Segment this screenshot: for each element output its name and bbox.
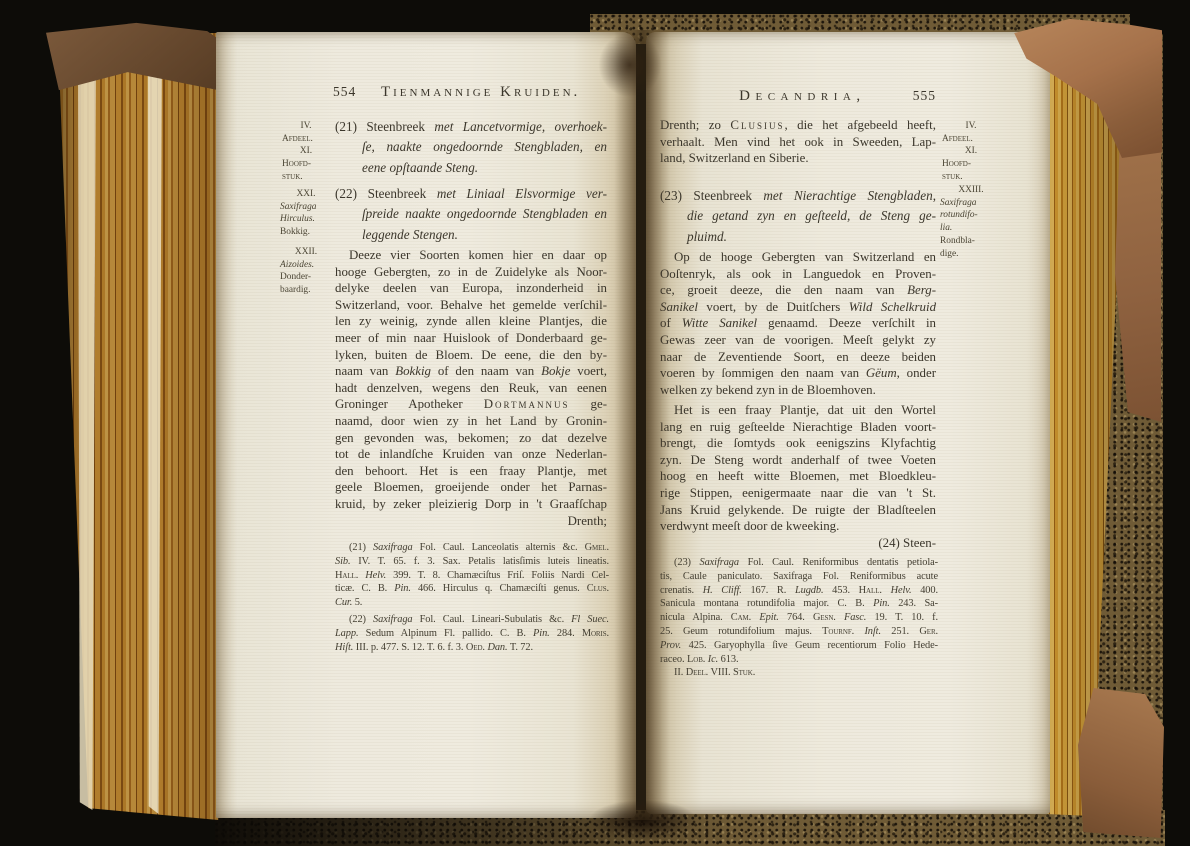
text-line: tot de inlandſche Kruiden van onze Neder… <box>335 446 607 463</box>
text-segment: Saxifraga <box>699 557 739 568</box>
text-line: Drenth; zo Clusius, die het afgebeeld he… <box>660 117 936 134</box>
text-segment: Pin. <box>533 628 550 639</box>
text-line: Deeze vier Soorten komen hier en daar op <box>335 247 607 264</box>
text-segment: 167. R. <box>742 585 795 596</box>
text-segment: , <box>933 188 936 203</box>
text-segment: IV. T. 65. f. 3. Sax. Petalis latisſimis… <box>350 556 609 567</box>
text-segment: Fasc. <box>844 612 866 623</box>
text-line: Switzerland, voor. Behalve het gemelde v… <box>335 297 607 314</box>
text-line: ce, groeit deeze, die den naam van Berg- <box>660 282 936 299</box>
text-segment: 764. <box>779 612 813 623</box>
text-segment: Bokkig. <box>280 227 310 237</box>
text-segment: Ooſtenryk, als ook in Languedok en Prove… <box>660 267 936 281</box>
text-segment: tis, Caule paniculato. Saxifraga Fol. Re… <box>660 571 938 582</box>
text-line: Hirculus. <box>280 213 332 226</box>
text-line: Ooſtenryk, als ook in Languedok en Prove… <box>660 266 936 283</box>
text-segment: (23) <box>674 557 699 568</box>
text-line: die getand zyn en geſteeld, de Steng ge- <box>660 206 936 226</box>
text-line: Sanikel voert, by de Duitſchers Wild Sch… <box>660 299 936 316</box>
text-segment: Epit. <box>759 612 778 623</box>
text-line: lang en ruig geſteelde Nierachtige Blade… <box>660 419 936 436</box>
text-segment: Gewas zeer van de voorigen. Meeſt gelykt… <box>660 333 936 347</box>
text-line: XXIII. <box>940 184 1002 197</box>
right-page-continuation-paragraph: Drenth; zo Clusius, die het afgebeeld he… <box>660 117 936 167</box>
footnote-23: (23) Saxifraga Fol. Caul. Reniformibus d… <box>660 556 938 666</box>
text-segment: , onder <box>897 366 936 380</box>
text-segment: ticæ. C. B. <box>335 583 394 594</box>
text-segment: XI. <box>965 146 977 156</box>
text-segment: Dortmannus <box>484 397 570 411</box>
text-segment: hooge Gebergten, zo in de Zuidelyke als … <box>335 265 607 279</box>
text-line: Jans Kruid gelykende. De ruigte der Blad… <box>660 502 936 519</box>
text-line: delyke deelen van Europa, inzonderheid i… <box>335 280 607 297</box>
text-line: meer of min naar Huislook of Donderbaard… <box>335 330 607 347</box>
text-segment: Afdeel. <box>942 134 973 144</box>
text-line: (21) Saxifraga Fol. Caul. Lanceolatis al… <box>335 541 609 555</box>
text-line: crenatis. H. Cliff. 167. R. Lugdb. 453. … <box>660 584 938 598</box>
text-line: Drenth; <box>335 513 607 530</box>
text-line: XXII. <box>280 246 332 259</box>
text-segment: Fol. Caul. Lanceolatis alternis &c. <box>413 542 585 553</box>
text-line: Rondbla- <box>940 235 1002 248</box>
text-segment: ce, groeit deeze, die den naam van <box>660 283 907 297</box>
text-line: Donder- <box>280 271 332 284</box>
text-segment: Drenth; zo <box>660 118 730 132</box>
text-segment: naam van <box>335 364 395 378</box>
text-line: Hoofd- <box>282 158 330 171</box>
text-line: of Witte Sanikel genaamd. Deeze verſchil… <box>660 315 936 332</box>
text-segment: voeren by ſommigen den naam van <box>660 366 866 380</box>
text-line: Gewas zeer van de voorigen. Meeſt gelykt… <box>660 332 936 349</box>
left-page-number: 554 <box>333 84 356 100</box>
text-segment: XXII. <box>295 247 317 257</box>
text-segment: 251. <box>881 626 919 637</box>
species-21-heading: (21) Steenbreek met Lancetvormige, overh… <box>335 117 607 178</box>
text-segment: Helv. <box>891 585 912 596</box>
text-segment: Ic. <box>708 654 718 665</box>
text-segment: tot de inlandſche Kruiden van onze Neder… <box>335 447 607 461</box>
text-line: rotundifo- <box>940 209 1002 222</box>
text-segment: met Lancetvormige, overhoek- <box>434 119 607 134</box>
text-line: raceo. Lob. Ic. 613. <box>660 653 938 667</box>
gutter-bottom-shadow <box>568 792 718 846</box>
left-page-header: 554 Tienmannige Kruiden. <box>333 84 605 101</box>
text-segment: met Liniaal Elsvormige ver- <box>437 186 607 201</box>
text-line: 25. Geum rotundifolium majus. Tournf. In… <box>660 625 938 639</box>
text-segment: lyken, buiten de Bloem. De eene, die den… <box>335 348 607 362</box>
text-segment: III. p. 477. S. 12. T. 6. f. 3. <box>353 642 466 653</box>
left-margin-species-22-note: XXII.Aizoides.Donder-baardig. <box>280 246 332 297</box>
text-line: Cur. 5. <box>335 596 609 610</box>
text-line: II. Deel. VIII. Stuk. <box>660 666 938 680</box>
text-line: IV. <box>942 120 1000 133</box>
text-line: verdwynt meeſt door de kweeking. <box>660 518 936 535</box>
text-segment: 19. T. 10. f. <box>866 612 938 623</box>
text-segment: stuk. <box>942 172 963 182</box>
text-segment: 399. T. 8. Chamæciſtus Friſ. Foliis Nard… <box>386 570 609 581</box>
text-segment: Dan. <box>487 642 507 653</box>
text-segment: T. 72. <box>508 642 533 653</box>
text-segment: Donder- <box>280 272 311 282</box>
text-line: brengt, die ſomtyds ook eenigszins Klyfa… <box>660 435 936 452</box>
text-segment: verdwynt meeſt door de kweeking. <box>660 519 839 533</box>
text-segment: 453. <box>824 585 859 596</box>
text-line: Afdeel. <box>942 133 1000 146</box>
text-segment: Bokje <box>541 364 570 378</box>
text-segment: II. <box>674 667 686 678</box>
text-line: Saxifraga <box>280 201 332 214</box>
text-line: hadt denzelven, wegens den Reuk, van een… <box>335 380 607 397</box>
text-line: Hall. Helv. 399. T. 8. Chamæciſtus Friſ.… <box>335 569 609 583</box>
text-segment: IV. <box>300 121 311 131</box>
text-segment: 613. <box>718 654 738 665</box>
text-line: kruid, by zeker pleizierig Dorp in 't Gr… <box>335 496 607 513</box>
text-segment: Lapp. <box>335 628 358 639</box>
text-segment: Rondbla- <box>940 236 975 246</box>
right-running-title: Decandria, <box>692 88 913 105</box>
text-segment: leggende Stengen. <box>362 227 458 242</box>
text-segment: Fol. Caul. Reniformibus dentatis petiola… <box>739 557 938 568</box>
text-segment: naamd, door wien zy in het Land by Groni… <box>335 414 607 428</box>
left-page-body-paragraph: Deeze vier Soorten komen hier en daar op… <box>335 247 607 529</box>
text-segment: lia. <box>940 223 952 233</box>
text-segment: welken zy bekend zyn in de Bloemhoven. <box>660 383 876 397</box>
text-segment: Cur. <box>335 597 352 608</box>
text-segment: land, Switzerland en Siberie. <box>660 151 809 165</box>
text-segment: IV. <box>965 121 976 131</box>
text-line: Sanicula montana rotundifolia major. C. … <box>660 597 938 611</box>
text-segment: ge- <box>570 397 607 411</box>
text-segment: Wild Schelkruid <box>849 300 936 314</box>
text-segment: Witte Sanikel <box>682 316 757 330</box>
text-segment: (21) Steenbreek <box>335 119 434 134</box>
text-segment: voert, <box>570 364 607 378</box>
text-segment: crenatis. <box>660 585 703 596</box>
text-segment: Lugdb. <box>795 585 824 596</box>
right-page-number: 555 <box>913 88 936 104</box>
text-line: Prov. 425. Garyophylla ſive Geum recenti… <box>660 639 938 653</box>
text-segment: H. Cliff. <box>703 585 742 596</box>
text-line: geele Bloemen, groeijende onder het Parn… <box>335 479 607 496</box>
right-margin-chapter-note: IV.Afdeel.XI.Hoofd-stuk. <box>942 120 1000 184</box>
text-segment: Gëum <box>866 366 897 380</box>
text-line: Het is een fraay Plantje, dat uit den Wo… <box>660 402 936 419</box>
text-segment: pluimd. <box>687 229 727 244</box>
text-line: XI. <box>282 145 330 158</box>
text-segment: Berg- <box>907 283 936 297</box>
text-segment: 243. Sa- <box>890 598 938 609</box>
text-line: naam van Bokkig of den naam van Bokje vo… <box>335 363 607 380</box>
text-segment: verhaalt. Men vind het ook in Sweeden, L… <box>660 135 936 149</box>
text-segment: (23) Steenbreek <box>660 188 763 203</box>
text-line: Lapp. Sedum Alpinum Fl. pallido. C. B. P… <box>335 627 609 641</box>
text-segment: Drenth; <box>568 514 607 528</box>
text-line: hoog en heeft witte Bloemen, met Bloedkl… <box>660 468 936 485</box>
text-line: stuk. <box>282 171 330 184</box>
text-segment: Clusius <box>730 118 784 132</box>
text-line: Aizoides. <box>280 259 332 272</box>
right-page-paragraph-description: Het is een fraay Plantje, dat uit den Wo… <box>660 402 936 551</box>
text-segment: XXI. <box>296 189 315 199</box>
footnote-21: (21) Saxifraga Fol. Caul. Lanceolatis al… <box>335 541 609 610</box>
text-line: dige. <box>940 248 1002 261</box>
text-line: Hoofd- <box>942 158 1000 171</box>
left-margin-chapter-note: IV.Afdeel.XI.Hoofd-stuk. <box>282 120 330 184</box>
text-segment: Deel. <box>686 667 708 678</box>
text-segment: Ger. <box>919 626 938 637</box>
text-segment: Prov. <box>660 640 681 651</box>
text-segment: Saxifraga <box>373 542 413 553</box>
text-segment: Sib. <box>335 556 350 567</box>
text-segment: hoog en heeft witte Bloemen, met Bloedkl… <box>660 469 936 483</box>
book-photograph: 554 Tienmannige Kruiden. IV.Afdeel.XI.Ho… <box>0 0 1190 846</box>
text-segment: stuk. <box>282 172 303 182</box>
text-line: naamd, door wien zy in het Land by Groni… <box>335 413 607 430</box>
text-segment: Afdeel. <box>282 134 313 144</box>
text-segment: Moris. <box>582 628 609 639</box>
text-line: baardig. <box>280 284 332 297</box>
text-line: gen gevonden was, bekomen; zo dat dezelv… <box>335 430 607 447</box>
text-segment: naar de Zeventiende Soort, en deeze beid… <box>660 350 936 364</box>
text-line: leggende Stengen. <box>335 225 607 245</box>
right-page-header: Decandria, 555 <box>662 88 936 105</box>
text-segment: zyn. De Steng wordt anderhalf of twee Vo… <box>660 453 936 467</box>
text-segment: Stuk. <box>733 667 755 678</box>
text-line: den behoort. Het is een fraay Plantje, m… <box>335 463 607 480</box>
text-line: ſe, naakte ongedoornde Stengbladen, en <box>335 137 607 157</box>
text-segment: raceo. <box>660 654 687 665</box>
text-segment: XI. <box>300 146 312 156</box>
text-segment: (21) <box>349 542 373 553</box>
text-segment: Saxifraga <box>373 614 413 625</box>
text-line: ſpreide naakte ongedoornde Stengbladen e… <box>335 204 607 224</box>
text-line: naar de Zeventiende Soort, en deeze beid… <box>660 349 936 366</box>
text-segment: ſe, naakte ongedoornde Stengbladen, en <box>362 139 607 154</box>
text-segment: voert, by de Duitſchers <box>698 300 849 314</box>
text-segment: Sanicula montana rotundifolia major. C. … <box>660 598 873 609</box>
text-segment: (24) Steen- <box>878 536 936 550</box>
text-line: Bokkig. <box>280 226 332 239</box>
text-line: (22) Steenbreek met Liniaal Elsvormige v… <box>335 184 607 204</box>
text-line: (21) Steenbreek met Lancetvormige, overh… <box>335 117 607 137</box>
text-line: voeren by ſommigen den naam van Gëum, on… <box>660 365 936 382</box>
left-margin-species-21-note: XXI.SaxifragaHirculus.Bokkig. <box>280 188 332 239</box>
text-line: hooge Gebergten, zo in de Zuidelyke als … <box>335 264 607 281</box>
text-segment: 425. Garyophylla ſive Geum recentiorum F… <box>681 640 938 651</box>
text-segment: Switzerland, voor. Behalve het gemelde v… <box>335 298 607 312</box>
text-line: rige Stippen, eenigermaate naar die van … <box>660 485 936 502</box>
text-segment: Saxifraga <box>940 198 976 208</box>
text-segment: Hoofd- <box>942 159 971 169</box>
text-segment: Lob. <box>687 654 705 665</box>
text-line: stuk. <box>942 171 1000 184</box>
text-segment: nicula Alpina. <box>660 612 731 623</box>
text-segment: Inſt. <box>864 626 881 637</box>
text-line: (23) Saxifraga Fol. Caul. Reniformibus d… <box>660 556 938 570</box>
text-segment: Gesn. <box>813 612 836 623</box>
text-segment: XXIII. <box>958 185 983 195</box>
text-segment: (22) Steenbreek <box>335 186 437 201</box>
text-segment: delyke deelen van Europa, inzonderheid i… <box>335 281 607 295</box>
text-line: (23) Steenbreek met Nierachtige Stengbla… <box>660 186 936 206</box>
text-line: Groninger Apotheker Dortmannus ge- <box>335 396 607 413</box>
text-line: lyken, buiten de Bloem. De eene, die den… <box>335 347 607 364</box>
text-segment: dige. <box>940 249 959 259</box>
right-margin-species-23-note: XXIII.Saxifragarotundifo-lia.Rondbla-dig… <box>940 184 1002 260</box>
species-23-heading: (23) Steenbreek met Nierachtige Stengbla… <box>660 186 936 247</box>
text-segment: lang en ruig geſteelde Nierachtige Blade… <box>660 420 936 434</box>
text-line: zyn. De Steng wordt anderhalf of twee Vo… <box>660 452 936 469</box>
text-segment: (22) <box>349 614 373 625</box>
text-line: (24) Steen- <box>660 535 936 552</box>
text-segment: 284. <box>550 628 582 639</box>
text-segment: baardig. <box>280 285 310 295</box>
text-segment: Saxifraga <box>280 202 316 212</box>
text-line: land, Switzerland en Siberie. <box>660 150 936 167</box>
text-segment: hadt denzelven, wegens den Reuk, van een… <box>335 381 607 395</box>
text-segment: of <box>660 316 682 330</box>
right-page-paragraph-habitat: Op de hooge Gebergten van Switzerland en… <box>660 249 936 398</box>
text-segment: , die het afgebeeld heeft, <box>785 118 936 132</box>
text-line: Sib. IV. T. 65. f. 3. Sax. Petalis latis… <box>335 555 609 569</box>
text-segment: gen gevonden was, bekomen; zo dat dezelv… <box>335 431 607 445</box>
text-segment: Hiſt. <box>335 642 353 653</box>
text-line: len zy weinig, zynde allen kleine Plantj… <box>335 313 607 330</box>
text-segment: meer of min naar Huislook of Donderbaard… <box>335 331 607 345</box>
text-line: XXI. <box>280 188 332 201</box>
text-line: tis, Caule paniculato. Saxifraga Fol. Re… <box>660 570 938 584</box>
text-segment: Aizoides. <box>280 260 314 270</box>
text-line: pluimd. <box>660 227 936 247</box>
text-line: Op de hooge Gebergten van Switzerland en <box>660 249 936 266</box>
text-segment: Hall. <box>859 585 882 596</box>
species-22-heading: (22) Steenbreek met Liniaal Elsvormige v… <box>335 184 607 245</box>
text-segment: 466. Hirculus q. Chamæciſti genus. <box>411 583 587 594</box>
text-line: IV. <box>282 120 330 133</box>
text-segment: rotundifo- <box>940 210 978 220</box>
text-segment: Groninger Apotheker <box>335 397 484 411</box>
text-segment: VIII. <box>708 667 733 678</box>
footnote-22: (22) Saxifraga Fol. Caul. Lineari-Subula… <box>335 613 609 654</box>
text-segment: Pin. <box>873 598 890 609</box>
text-segment: Oed. <box>466 642 485 653</box>
text-line: lia. <box>940 222 1002 235</box>
text-segment: Tournf. <box>822 626 854 637</box>
text-line: welken zy bekend zyn in de Bloemhoven. <box>660 382 936 399</box>
text-segment: Het is een fraay Plantje, dat uit den Wo… <box>674 403 936 417</box>
text-segment <box>836 612 844 623</box>
text-segment: Hall. <box>335 570 358 581</box>
text-line: Hiſt. III. p. 477. S. 12. T. 6. f. 3. Oe… <box>335 641 609 655</box>
text-segment: Sedum Alpinum Fl. pallido. C. B. <box>358 628 533 639</box>
text-segment: met Nierachtige Stengbladen <box>763 188 932 203</box>
volume-signature-line: II. Deel. VIII. Stuk. <box>660 666 938 680</box>
text-segment: Gmel. <box>585 542 609 553</box>
text-line: verhaalt. Men vind het ook in Sweeden, L… <box>660 134 936 151</box>
text-segment: die getand zyn en geſteeld, de Steng ge- <box>687 208 936 223</box>
text-segment: Hirculus. <box>280 214 315 224</box>
text-segment: Pin. <box>394 583 411 594</box>
text-segment: Fol. Caul. Lineari-Subulatis &c. <box>413 614 572 625</box>
text-segment: of den naam van <box>431 364 541 378</box>
text-segment: Deeze vier Soorten komen hier en daar op <box>349 248 607 262</box>
text-segment <box>882 585 891 596</box>
text-segment: Op de hooge Gebergten van Switzerland en <box>674 250 936 264</box>
text-segment: Cam. <box>731 612 751 623</box>
text-segment: Helv. <box>365 570 386 581</box>
text-segment: genaamd. Deeze verſchilt in <box>757 316 936 330</box>
text-segment: brengt, die ſomtyds ook eenigszins Klyfa… <box>660 436 936 450</box>
text-line: XI. <box>942 145 1000 158</box>
text-line: eene opſtaande Steng. <box>335 158 607 178</box>
leather-patch-bottom-right <box>1078 688 1164 838</box>
text-segment: Sanikel <box>660 300 698 314</box>
text-segment: Jans Kruid gelykende. De ruigte der Blad… <box>660 503 936 517</box>
text-segment: rige Stippen, eenigermaate naar die van … <box>660 486 936 500</box>
text-segment: Hoofd- <box>282 159 311 169</box>
text-segment: 25. Geum rotundifolium majus. <box>660 626 822 637</box>
text-segment: kruid, by zeker pleizierig Dorp in 't Gr… <box>335 497 607 511</box>
text-segment: eene opſtaande Steng. <box>362 160 478 175</box>
text-line: (22) Saxifraga Fol. Caul. Lineari-Subula… <box>335 613 609 627</box>
text-segment: 400. <box>912 585 938 596</box>
text-segment: ſpreide naakte ongedoornde Stengbladen e… <box>362 206 607 221</box>
text-segment: Bokkig <box>395 364 431 378</box>
text-line: Saxifraga <box>940 197 1002 210</box>
text-segment: len zy weinig, zynde allen kleine Plantj… <box>335 314 607 328</box>
text-segment: Clus. <box>587 583 609 594</box>
text-segment: 5. <box>352 597 362 608</box>
text-line: ticæ. C. B. Pin. 466. Hirculus q. Chamæc… <box>335 582 609 596</box>
text-segment: Fl Suec. <box>571 614 609 625</box>
left-running-title: Tienmannige Kruiden. <box>356 84 605 101</box>
text-segment: geele Bloemen, groeijende onder het Parn… <box>335 480 607 494</box>
text-line: Afdeel. <box>282 133 330 146</box>
text-line: nicula Alpina. Cam. Epit. 764. Gesn. Fas… <box>660 611 938 625</box>
text-segment <box>854 626 864 637</box>
text-segment: den behoort. Het is een fraay Plantje, m… <box>335 464 607 478</box>
